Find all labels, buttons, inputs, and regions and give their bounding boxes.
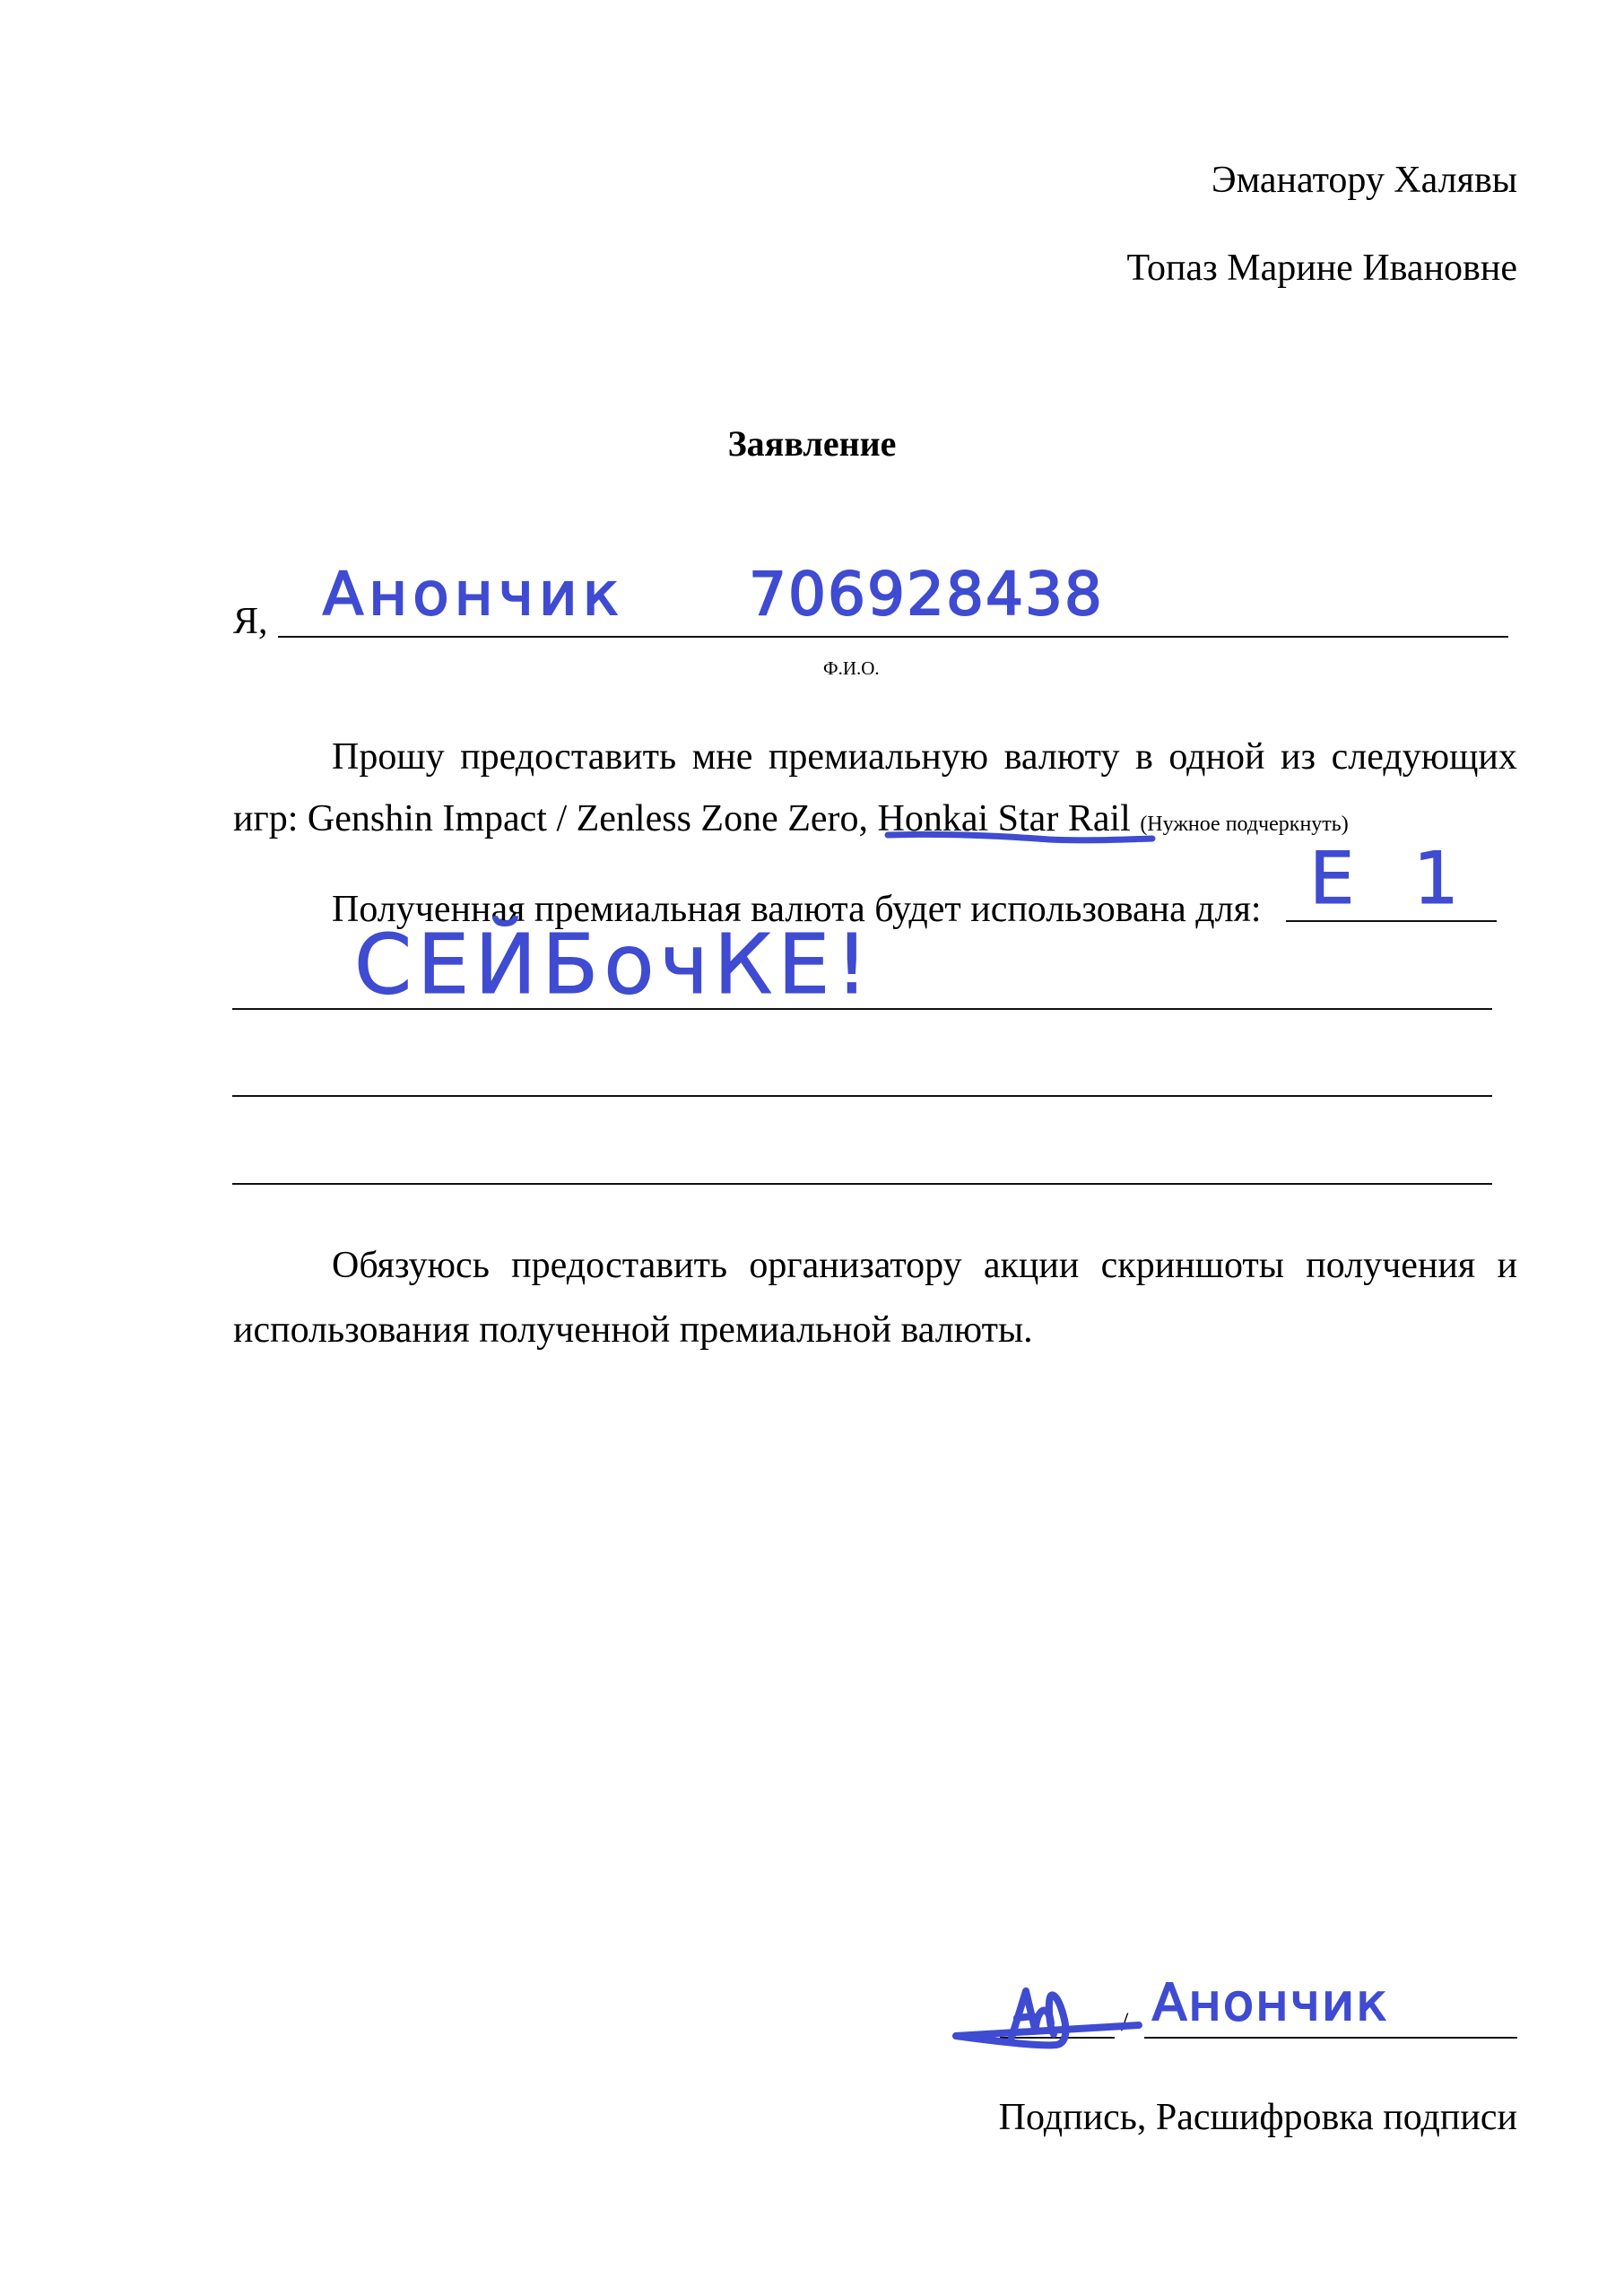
request-word: следующих [1332, 738, 1517, 776]
request-word: предоставить [460, 738, 676, 776]
addressee-line-2: Топаз Марине Ивановне [1127, 249, 1517, 287]
applicant-name-field-line[interactable] [278, 636, 1508, 638]
request-word: премиальную [769, 738, 988, 776]
handwriting-ink-layer [0, 0, 1624, 2296]
request-line-2: игр: Genshin Impact / Zenless Zone Zero,… [233, 800, 1349, 838]
commitment-line-1: Обязуюсьпредоставитьорганизаторуакциискр… [332, 1247, 1517, 1284]
signature-separator: / [1121, 2009, 1128, 2036]
request-word: из [1281, 738, 1316, 776]
request-word: валюту [1004, 738, 1120, 776]
signature-decoding-line[interactable] [1144, 2037, 1517, 2039]
request-hint: (Нужное подчеркнуть) [1140, 813, 1348, 836]
selected-game[interactable]: Honkai Star Rail [878, 798, 1131, 839]
request-word: одной [1168, 738, 1264, 776]
commitment-word: акции [984, 1247, 1079, 1284]
handwritten-applicant-id: 706928438 [749, 565, 1104, 624]
usage-answer-line-1[interactable] [1286, 920, 1497, 922]
usage-answer-line-2[interactable] [232, 1008, 1492, 1010]
handwritten-usage-answer-2: СЕЙБочКЕ! [354, 924, 873, 1006]
usage-answer-line-4[interactable] [232, 1183, 1492, 1185]
request-word: Прошу [332, 738, 445, 776]
request-games-text: игр: Genshin Impact / Zenless Zone Zero, [233, 798, 878, 839]
commitment-word: скриншоты [1101, 1247, 1284, 1284]
commitment-word: предоставить [511, 1247, 727, 1284]
commitment-word: Обязуюсь [332, 1247, 490, 1284]
handwritten-applicant-name: Анончик [323, 565, 624, 624]
commitment-line-2: использования полученной премиальной вал… [233, 1311, 1033, 1349]
handwritten-usage-answer-1: E 1 [1309, 843, 1477, 915]
usage-answer-line-3[interactable] [232, 1095, 1492, 1097]
addressee-line-1: Эманатору Халявы [1211, 161, 1517, 199]
signature-line[interactable] [1000, 2037, 1115, 2039]
handwritten-signature-decoding: Анончик [1152, 1979, 1388, 2029]
commitment-word: организатору [749, 1247, 961, 1284]
document-title: Заявление [0, 426, 1624, 462]
fio-caption: Ф.И.О. [823, 659, 880, 678]
commitment-word: и [1498, 1247, 1517, 1284]
commitment-word: получения [1306, 1247, 1475, 1284]
request-line-1: Прошупредоставитьмнепремиальнуювалютувод… [332, 738, 1517, 776]
signature-caption: Подпись, Расшифровка подписи [999, 2099, 1517, 2136]
request-word: мне [692, 738, 753, 776]
request-word: в [1135, 738, 1153, 776]
applicant-prefix: Я, [233, 603, 268, 640]
